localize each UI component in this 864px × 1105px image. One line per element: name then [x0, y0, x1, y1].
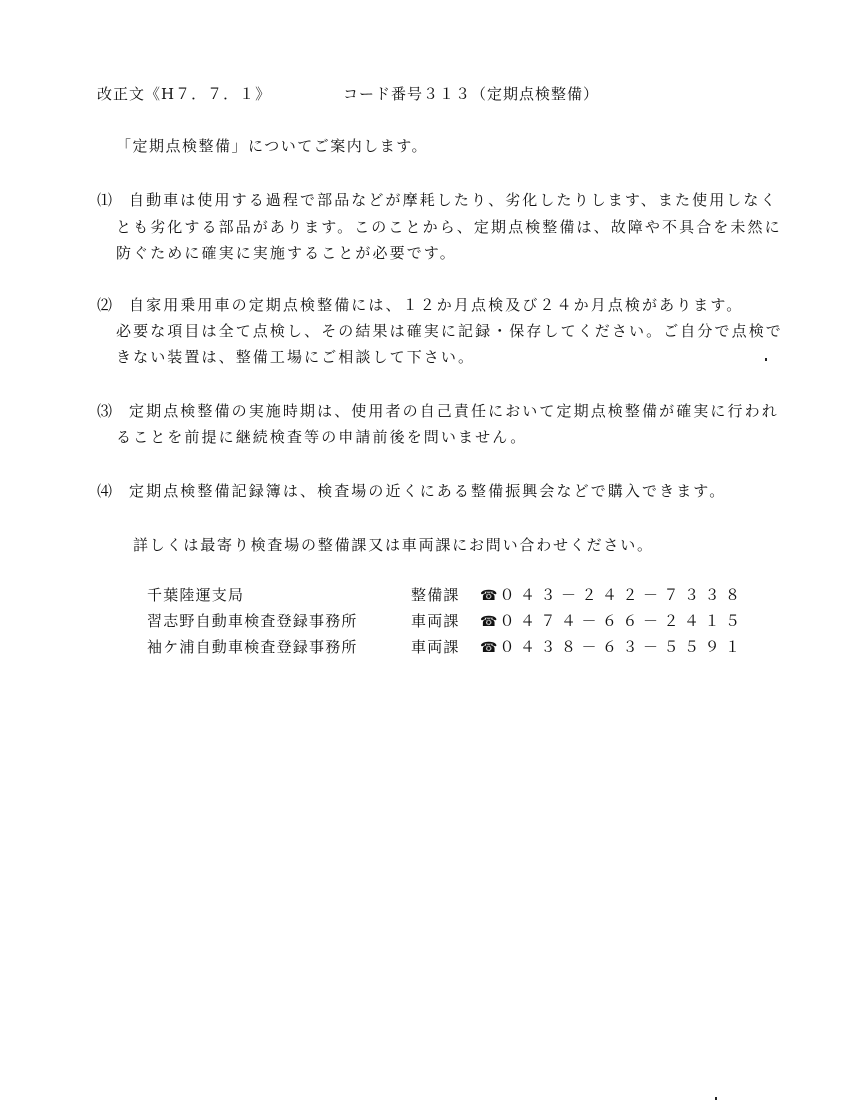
contact-phone: ☎０４３８－６３－５５９１ — [480, 636, 745, 657]
phone-icon: ☎ — [480, 588, 497, 604]
contact-department: 車両課 — [411, 610, 460, 631]
code-number-label: コード番号３１３（定期点検整備） — [343, 83, 599, 104]
item-3-line-2: ることを前提に継続検査等の申請前後を問いません。 — [116, 426, 527, 447]
item-4-number: ⑷ — [97, 480, 129, 501]
item-4-line-1: ⑷定期点検整備記録簿は、検査場の近くにある整備振興会などで購入できます。 — [97, 480, 726, 501]
revision-label: 改正文《H７．７．１》 — [97, 83, 271, 104]
contact-phone: ☎０４７４－６６－２４１５ — [480, 610, 745, 631]
scan-speck — [715, 1097, 717, 1100]
intro-text: 「定期点検整備」についてご案内します。 — [116, 135, 428, 156]
item-1-line-2: とも劣化する部品があります。このことから、定期点検整備は、故障や不具合を未然に — [116, 216, 782, 237]
phone-icon: ☎ — [480, 614, 497, 630]
item-2-line-3: きない装置は、整備工場にご相談して下さい。 — [116, 346, 475, 367]
scan-speck — [765, 358, 767, 361]
contact-office: 習志野自動車検査登録事務所 — [147, 610, 358, 631]
contact-office: 袖ケ浦自動車検査登録事務所 — [147, 636, 358, 657]
contact-phone: ☎０４３－２４２－７３３８ — [480, 584, 745, 605]
item-1-line-3: 防ぐために確実に実施することが必要です。 — [116, 242, 457, 263]
item-2-number: ⑵ — [97, 294, 129, 315]
contact-office: 千葉陸運支局 — [147, 584, 244, 605]
item-2-line-1: ⑵自家用乗用車の定期点検整備には、１２か月点検及び２４か月点検があります。 — [97, 294, 743, 315]
item-2-line-2: 必要な項目は全て点検し、その結果は確実に記録・保存してください。ご自分で点検で — [116, 320, 783, 341]
phone-icon: ☎ — [480, 640, 497, 656]
contact-department: 車両課 — [411, 636, 460, 657]
item-1-line-1: ⑴自動車は使用する過程で部品などが摩耗したり、劣化したりします、また使用しなく — [97, 189, 778, 210]
inquiry-text: 詳しくは最寄り検査場の整備課又は車両課にお問い合わせください。 — [133, 534, 654, 555]
item-3-line-1: ⑶定期点検整備の実施時期は、使用者の自己責任において定期点検整備が確実に行われ — [97, 400, 779, 421]
item-1-number: ⑴ — [97, 189, 129, 210]
item-3-number: ⑶ — [97, 400, 129, 421]
contact-row: 袖ケ浦自動車検査登録事務所 車両課 ☎０４３８－６３－５５９１ — [147, 636, 747, 656]
contact-row: 千葉陸運支局 整備課 ☎０４３－２４２－７３３８ — [147, 584, 747, 604]
contact-row: 習志野自動車検査登録事務所 車両課 ☎０４７４－６６－２４１５ — [147, 610, 747, 630]
contact-department: 整備課 — [411, 584, 460, 605]
